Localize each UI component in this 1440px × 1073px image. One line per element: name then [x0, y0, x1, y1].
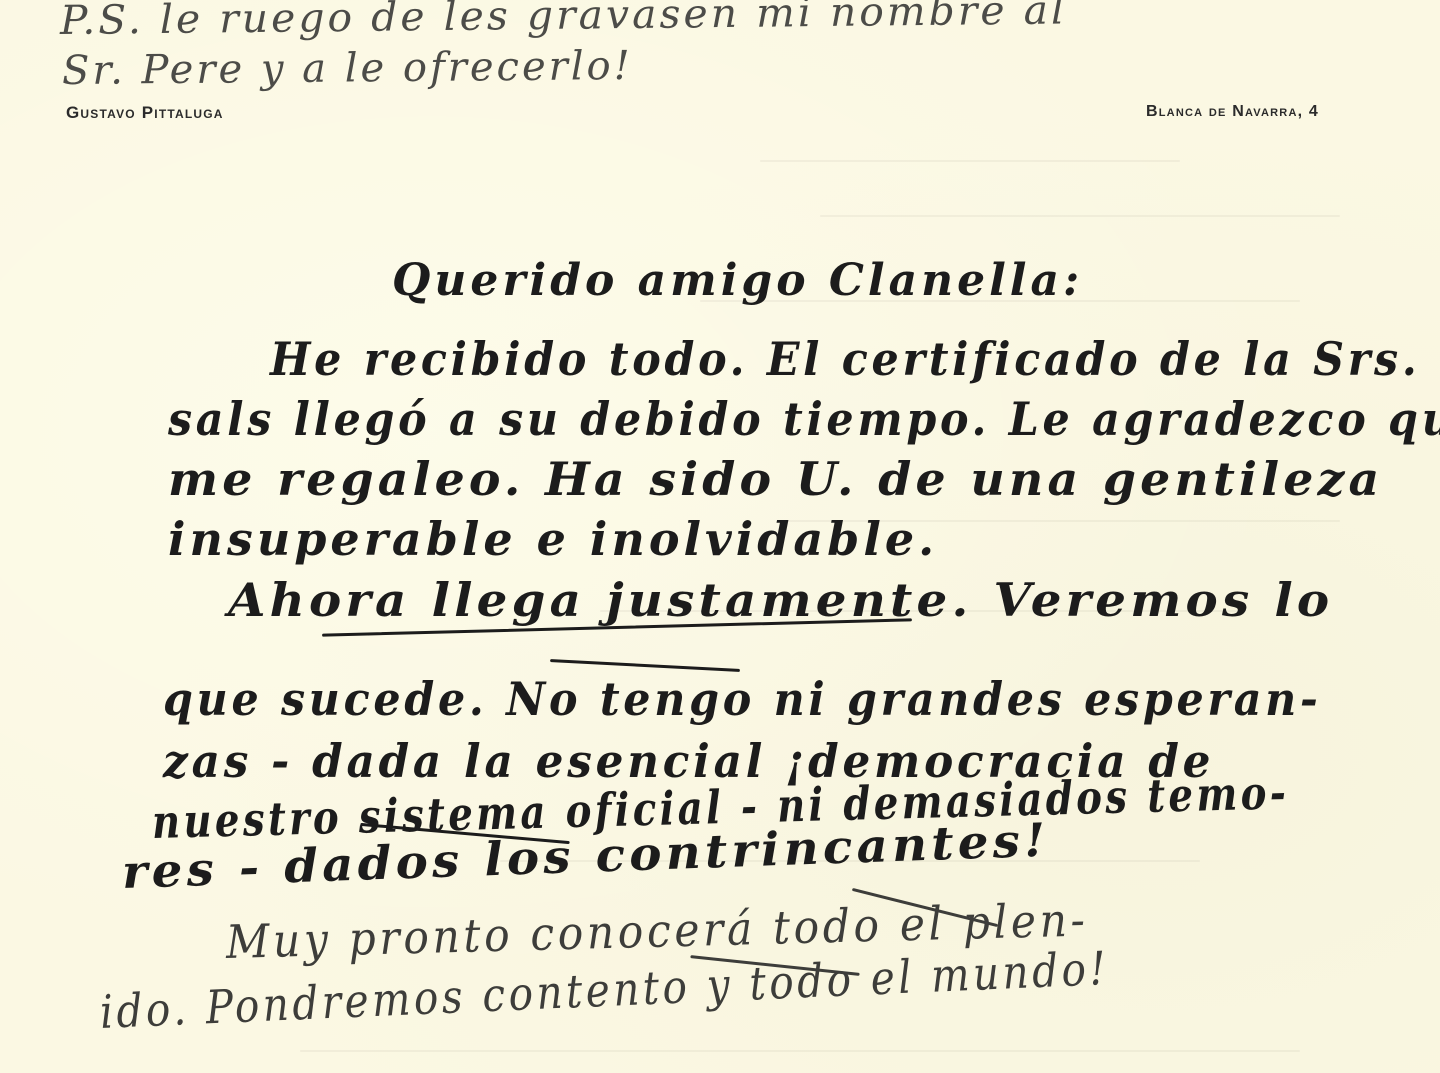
letter-paper: P.S. le ruego de les gravasen mi nombre …: [0, 0, 1440, 1073]
body-line-5: Ahora llega justamente. Veremos lo: [228, 573, 1333, 627]
letterhead-address: Blanca de Navarra, 4: [1146, 103, 1319, 121]
salutation: Querido amigo Clanella:: [392, 255, 1083, 306]
body-line-6: que sucede. No tengo ni grandes esperan-: [163, 672, 1321, 726]
bleed-through-mark: [300, 1050, 1300, 1052]
body-line-1: He recibido todo. El certificado de la S…: [270, 332, 1440, 386]
bleed-through-mark: [820, 215, 1340, 217]
postscript-line-2: Sr. Pere y a le ofrecerlo!: [62, 43, 633, 94]
letterhead-name: Gustavo Pittaluga: [66, 103, 224, 123]
bleed-through-mark: [760, 160, 1180, 162]
overline-mark: [550, 659, 740, 672]
postscript-line-1: P.S. le ruego de les gravasen mi nombre …: [60, 0, 1068, 44]
body-line-4: insuperable e inolvidable.: [168, 512, 938, 566]
body-line-2: sals llegó a su debido tiempo. Le agrade…: [168, 392, 1440, 446]
body-line-3: me regaleo. Ha sido U. de una gentileza: [168, 452, 1383, 506]
